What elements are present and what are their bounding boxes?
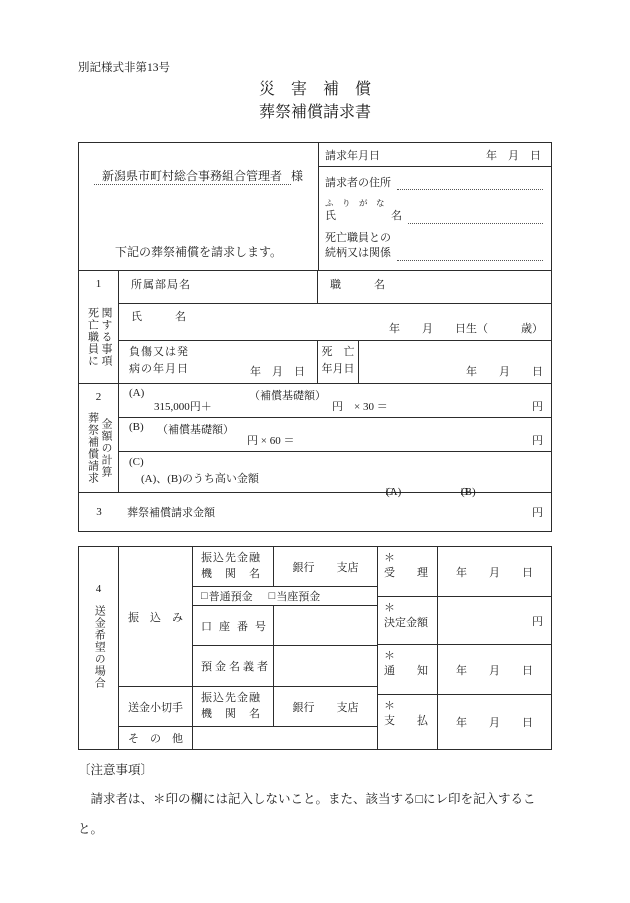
claimant-name-label: 氏 名: [325, 209, 402, 224]
claimant-fields: 請求者の住所 ふ り が な 氏 名 死亡職員との 続柄又は関: [319, 167, 551, 270]
checkbox-current-deposit[interactable]: □: [269, 590, 276, 602]
death-date-label-cell: 死 亡 年月日: [318, 341, 359, 383]
ordinary-deposit-label: 普通預金: [209, 588, 253, 604]
calc-row-b: (B) （補償基礎額） 円 × 60 ＝ 円: [119, 418, 551, 453]
dept-post-row: 所属部局名 職 名: [119, 271, 551, 304]
claim-amount-label: 葬祭補償請求金額: [127, 504, 215, 520]
section2-number-cell: 2 葬祭補償請求 金額の計算: [79, 384, 119, 492]
section1-number-cell: 1 死亡職員に 関する事項: [79, 271, 119, 383]
section3-number: 3: [79, 506, 119, 518]
injury-death-row: 負傷又は発 病の年月日 年 月 日 死 亡 年月日 年 月 日: [119, 341, 551, 383]
address-write-line[interactable]: [397, 177, 543, 190]
row-a-tag: (A): [129, 387, 144, 399]
form-number: 別記様式非第13号: [78, 59, 170, 75]
post-label: 職 名: [318, 271, 551, 303]
calc-row-a: (A) （補償基礎額） 315,000円＋ 円 × 30 ＝ 円: [119, 384, 551, 418]
star-mark: ＊: [384, 699, 437, 714]
bank-label-line1: 振込先金融: [201, 551, 261, 567]
decided-amount-label: 決定金額: [384, 616, 437, 631]
address-label: 請求者の住所: [325, 174, 391, 190]
row-b-yen: 円: [532, 432, 543, 448]
injury-label-line1: 負傷又は発: [129, 344, 189, 362]
section4-side-label: 送金希望の場合: [93, 605, 105, 689]
section1-number: 1: [96, 271, 102, 290]
section4-number-cell: 4 送金希望の場合: [79, 547, 119, 749]
form-title-line2: 葬祭補償請求書: [0, 99, 630, 122]
employee-name-label: 氏 名: [131, 308, 186, 324]
remittance-check-label: 送金小切手: [119, 687, 192, 727]
check-bank-branch-value: 銀行 支店: [274, 687, 377, 726]
request-date-value: 年 月 日: [486, 147, 541, 163]
account-number-row: 口座番号: [193, 606, 377, 646]
relation-label-line2: 続柄又は関係: [325, 246, 391, 261]
decided-amount-row: ＊ 決定金額 円: [378, 597, 551, 645]
row-a-formula: 円 × 30 ＝: [332, 398, 388, 414]
section2-number: 2: [96, 384, 102, 403]
receipt-row: ＊ 受 理 年 月 日: [378, 547, 551, 597]
header-row: 新潟県市町村総合事務組合管理者様 下記の葬祭補償を請求します。 請求年月日 年 …: [79, 143, 551, 271]
row-a-yen: 円: [532, 398, 543, 414]
bank-transfer-label: 振 込 み: [119, 547, 192, 687]
remittance-method-column: 振 込 み 送金小切手 そ の 他: [119, 547, 193, 749]
death-label-line2: 年月日: [322, 361, 355, 379]
addressee-line: 新潟県市町村総合事務組合管理者様: [79, 167, 318, 184]
other-label: そ の 他: [119, 727, 192, 749]
relation-label-line1: 死亡職員との: [325, 231, 391, 246]
relation-write-line[interactable]: [397, 248, 543, 261]
injury-label-line2: 病の年月日: [129, 361, 189, 379]
account-number-input[interactable]: [274, 606, 377, 645]
payment-date-value: 年 月 日: [438, 695, 551, 749]
section-claim-amount: 3 葬祭補償請求金額 円: [79, 493, 551, 531]
payment-label: 支 払: [384, 714, 437, 729]
main-table: 新潟県市町村総合事務組合管理者様 下記の葬祭補償を請求します。 請求年月日 年 …: [78, 142, 552, 532]
notes-block: 〔注意事項〕 請求者は、＊印の欄には記入しないこと。また、該当する□にレ印を記入…: [78, 760, 552, 844]
receipt-label: 受 理: [384, 566, 437, 581]
addressee-cell: 新潟県市町村総合事務組合管理者様 下記の葬祭補償を請求します。: [79, 143, 319, 270]
checkbox-ordinary-deposit[interactable]: □: [201, 590, 208, 602]
row-b-base-label: （補償基礎額）: [157, 421, 234, 437]
bank-label-line2: 機 関 名: [201, 567, 261, 583]
current-deposit-label: 当座預金: [276, 588, 320, 604]
check-bank-name-row: 振込先金融 機 関 名 銀行 支店: [193, 687, 377, 727]
section2-side-label-2: 金額の計算: [100, 418, 112, 478]
notes-heading: 〔注意事項〕: [78, 760, 552, 778]
row-c-tag: (C): [129, 456, 144, 468]
death-date-value: 年 月 日: [359, 341, 551, 383]
account-holder-label: 預金名義者: [193, 646, 274, 686]
account-holder-input[interactable]: [274, 646, 377, 686]
notice-date-value: 年 月 日: [438, 645, 551, 694]
star-mark: ＊: [384, 601, 437, 616]
decided-amount-value: 円: [438, 597, 551, 644]
injury-date-value: 年 月 日: [250, 363, 305, 379]
bank-name-row: 振込先金融 機 関 名 銀行 支店: [193, 547, 377, 587]
birth-date-label: 年 月 日生（ 歳）: [389, 320, 543, 336]
furigana-label: ふ り が な: [325, 198, 402, 209]
section-deceased-employee: 1 死亡職員に 関する事項 所属部局名 職 名 氏 名 年 月 日生（ 歳）: [79, 271, 551, 384]
row-b-tag: (B): [129, 421, 144, 433]
notice-label: 通 知: [384, 664, 437, 679]
row-a-amount: 315,000円＋: [154, 398, 212, 414]
section2-side-label-1: 葬祭補償請求: [86, 412, 98, 484]
form-page: 別記様式非第13号 災 害 補 償 葬祭補償請求書 新潟県市町村総合事務組合管理…: [0, 0, 630, 903]
honorific: 様: [291, 169, 303, 183]
office-use-column: ＊ 受 理 年 月 日 ＊ 決定金額 円 ＊ 通 知 年 月 日: [378, 547, 551, 749]
section-amount-calculation: 2 葬祭補償請求 金額の計算 (A) （補償基礎額） 315,000円＋ 円 ×…: [79, 384, 551, 493]
name-field-row: ふ り が な 氏 名: [325, 198, 543, 224]
star-mark: ＊: [384, 649, 437, 664]
check-bank-label-line2: 機 関 名: [201, 707, 261, 723]
injury-date-cell: 負傷又は発 病の年月日 年 月 日: [119, 341, 318, 383]
payment-row: ＊ 支 払 年 月 日: [378, 695, 551, 749]
section1-side-label-1: 死亡職員に: [86, 307, 98, 367]
option-a-label: (A): [386, 486, 401, 498]
remittance-detail-column: 振込先金融 機 関 名 銀行 支店 □普通預金 □当座預金 口座番号 預金名義者…: [193, 547, 378, 749]
claim-amount-yen: 円: [532, 504, 543, 520]
claimant-info-cell: 請求年月日 年 月 日 請求者の住所 ふ り が な 氏 名: [319, 143, 551, 270]
deposit-type-row: □普通預金 □当座預金: [193, 587, 377, 606]
row-c-text: (A)、(B)のうち高い金額: [141, 470, 259, 486]
name-write-line[interactable]: [408, 211, 543, 224]
department-label: 所属部局名: [119, 271, 318, 303]
address-field-row: 請求者の住所: [325, 174, 543, 190]
remittance-table: 4 送金希望の場合 振 込 み 送金小切手 そ の 他 振込先金融 機 関 名 …: [78, 546, 552, 750]
star-mark: ＊: [384, 551, 437, 566]
calc-row-c: (C) (A)、(B)のうち高い金額 □(A) □(B): [119, 452, 551, 492]
row-a-base-label: （補償基礎額）: [249, 387, 326, 403]
option-b-label: (B): [461, 486, 476, 498]
section1-side-label-2: 関する事項: [100, 307, 112, 367]
account-holder-row: 預金名義者: [193, 646, 377, 687]
declaration-text: 下記の葬祭補償を請求します。: [115, 243, 282, 260]
employee-name-row: 氏 名 年 月 日生（ 歳）: [119, 304, 551, 340]
relation-field-row: 死亡職員との 続柄又は関係: [325, 231, 543, 261]
notes-body: 請求者は、＊印の欄には記入しないこと。また、該当する□にレ印を記入すること。: [78, 784, 550, 844]
row-b-formula: 円 × 60 ＝: [247, 432, 294, 448]
form-title-line1: 災 害 補 償: [0, 76, 630, 99]
check-bank-label-line1: 振込先金融: [201, 691, 261, 707]
death-label-line1: 死 亡: [322, 344, 355, 362]
request-date-label: 請求年月日: [325, 147, 380, 163]
request-date-row: 請求年月日 年 月 日: [319, 143, 551, 167]
other-value-row[interactable]: [193, 727, 377, 749]
account-number-label: 口座番号: [193, 606, 274, 645]
section4-number: 4: [96, 547, 102, 595]
notice-row: ＊ 通 知 年 月 日: [378, 645, 551, 695]
bank-branch-value: 銀行 支店: [274, 547, 377, 586]
addressee-name: 新潟県市町村総合事務組合管理者: [94, 169, 291, 185]
receipt-date-value: 年 月 日: [438, 547, 551, 596]
